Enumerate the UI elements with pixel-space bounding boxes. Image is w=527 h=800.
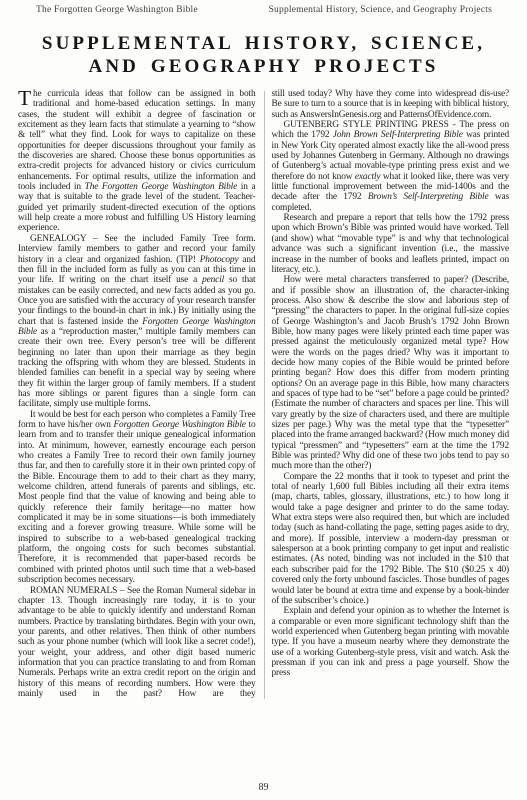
running-header-left: The Forgotten George Washington Bible <box>36 5 198 16</box>
italic-text: John Brown Self-Interpreting Bible <box>333 130 463 140</box>
italic-text: The Forgotten George Washington Bible <box>85 182 237 192</box>
body-text: as a “reproduction master,” multiple fam… <box>18 327 256 409</box>
body-text: Research and prepare a report that tells… <box>272 213 510 275</box>
italic-text: exactly <box>355 172 381 182</box>
running-header-right: Supplemental History, Science, and Geogr… <box>269 5 492 16</box>
body-text: to learn from and to transfer their uniq… <box>18 420 256 585</box>
paragraph: ROMAN NUMERALS – See the Roman Numeral s… <box>18 586 256 700</box>
body-text: Compare the 22 months that it took to ty… <box>272 472 510 606</box>
paragraph: Compare the 22 months that it took to ty… <box>272 472 510 606</box>
book-page: The Forgotten George Washington Bible Su… <box>0 0 527 800</box>
title-line-2: AND GEOGRAPHY PROJECTS <box>14 56 513 79</box>
left-column: The curricula ideas that follow can be a… <box>18 89 256 699</box>
italic-text: pencil <box>202 275 224 285</box>
body-text: still used today? Why have they come int… <box>272 89 510 120</box>
right-column: still used today? Why have they come int… <box>272 89 510 699</box>
page-number: 89 <box>0 782 527 793</box>
body-text: he curricula ideas that follow can be as… <box>18 89 256 192</box>
title-line-1: SUPPLEMENTAL HISTORY, SCIENCE, <box>14 33 513 56</box>
dropcap-letter: T <box>18 89 33 108</box>
running-header: The Forgotten George Washington Bible Su… <box>0 0 527 16</box>
paragraph: Explain and defend your opinion as to wh… <box>272 606 510 678</box>
paragraph: The curricula ideas that follow can be a… <box>18 89 256 234</box>
body-text: How were metal characters transferred to… <box>272 275 510 471</box>
paragraph: It would be best for each person who com… <box>18 410 256 586</box>
paragraph: How were metal characters transferred to… <box>272 275 510 472</box>
page-title: SUPPLEMENTAL HISTORY, SCIENCE, AND GEOGR… <box>14 33 513 78</box>
italic-text: Photocopy <box>200 255 239 265</box>
body-text: ROMAN NUMERALS – See the Roman Numeral s… <box>18 586 256 699</box>
paragraph: still used today? Why have they come int… <box>272 89 510 120</box>
italic-text: Brown’s Self-Interpreting Bible <box>368 192 489 202</box>
paragraph: GENEALOGY – See the included Family Tree… <box>18 234 256 410</box>
column-divider <box>264 91 265 699</box>
paragraph: GUTENBERG STYLE PRINTING PRESS - The pre… <box>272 120 510 213</box>
italic-text: Forgotten George Washington Bible <box>113 420 245 430</box>
paragraph: Research and prepare a report that tells… <box>272 213 510 275</box>
body-text: Explain and defend your opinion as to wh… <box>272 606 510 678</box>
text-columns: The curricula ideas that follow can be a… <box>0 89 527 699</box>
